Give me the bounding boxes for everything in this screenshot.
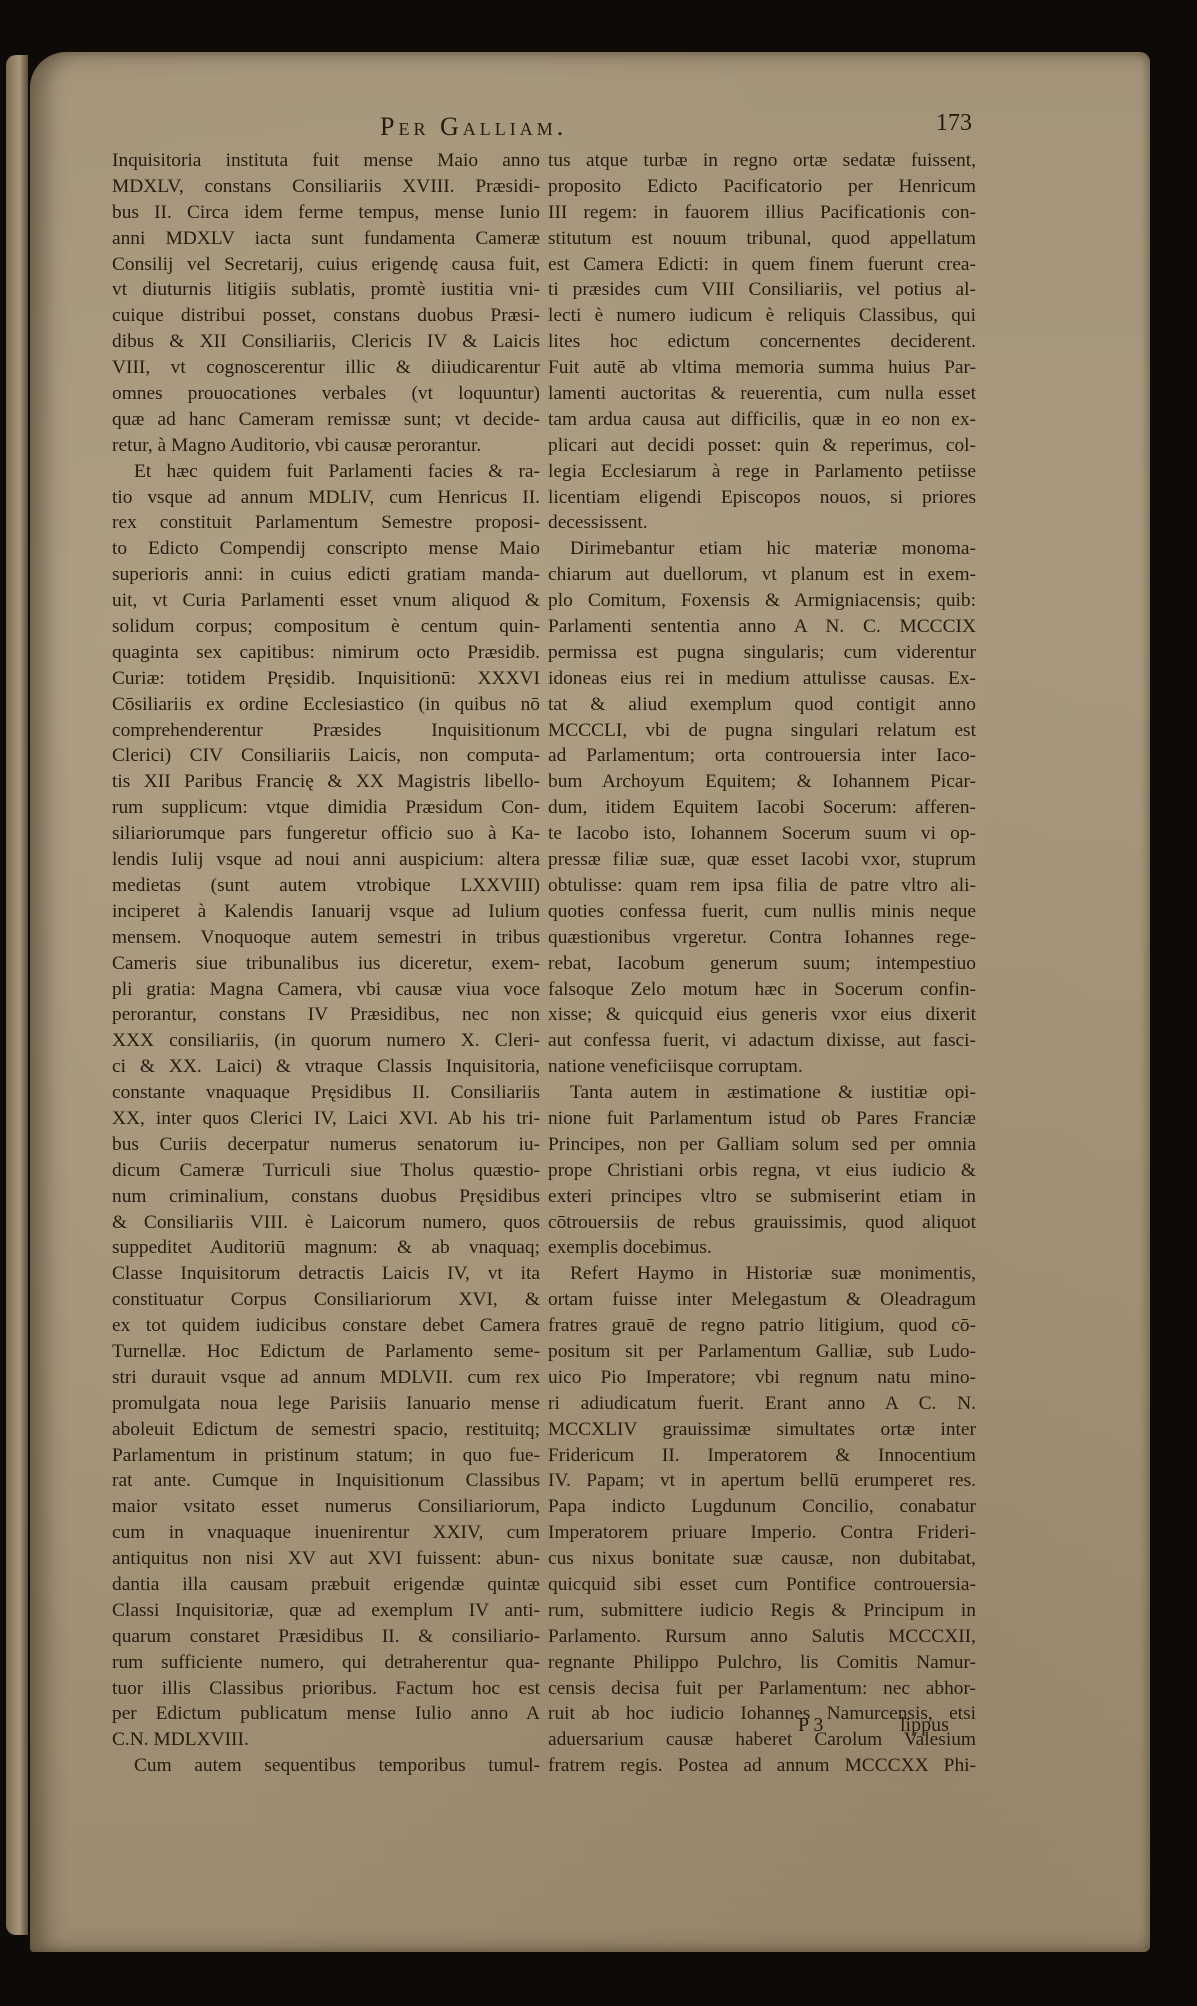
text-line: rum sufficiente numero, qui detraherentu… [112, 1650, 540, 1676]
text-line: lecti è numero iudicum è reliquis Classi… [548, 303, 976, 329]
text-line: Et hæc quidem fuit Parlamenti facies & r… [112, 459, 540, 485]
text-line: mensem. Vnoquoque autem semestri in trib… [112, 925, 540, 951]
text-line: quarum constaret Præsidibus II. & consil… [112, 1624, 540, 1650]
text-line: antiquitus non nisi XV aut XVI fuissent:… [112, 1546, 540, 1572]
text-line: exemplis docebimus. [548, 1235, 976, 1261]
text-line: MDXLV, constans Consiliariis XVIII. Præs… [112, 174, 540, 200]
text-line: vt diuturnis litigiis sublatis, promtè i… [112, 277, 540, 303]
text-line: perorantur, constans IV Præsidibus, nec … [112, 1002, 540, 1028]
text-line: MCCXLIV grauissimæ simultates ortæ inter [548, 1417, 976, 1443]
text-line: tio vsque ad annum MDLIV, cum Henricus I… [112, 485, 540, 511]
text-line: cus nixus bonitate suæ causæ, non dubita… [548, 1546, 976, 1572]
text-line: Parlamenti sententia anno A N. C. MCCCIX [548, 614, 976, 640]
text-line: Turnellæ. Hoc Edictum de Parlamento seme… [112, 1339, 540, 1365]
text-line: natione veneficiisque corruptam. [548, 1054, 976, 1080]
text-line: tam ardua causa aut difficilis, quæ in e… [548, 407, 976, 433]
text-line: Dirimebantur etiam hic materiæ monoma- [548, 536, 976, 562]
text-line: Cōsiliariis ex ordine Ecclesiastico (in … [112, 692, 540, 718]
text-line: lendis Iulij vsque ad noui anni auspiciu… [112, 847, 540, 873]
text-line: Parlamento. Rursum anno Salutis MCCCXII, [548, 1624, 976, 1650]
text-line: quæstionibus vrgeretur. Contra Iohannes … [548, 925, 976, 951]
text-line: XXX consiliariis, (in quorum numero X. C… [112, 1028, 540, 1054]
text-line: anni MDXLV iacta sunt fundamenta Cameræ [112, 226, 540, 252]
text-line: licentiam eligendi Episcopos nouos, si p… [548, 485, 976, 511]
text-line: positum sit per Parlamentum Galliæ, sub … [548, 1339, 976, 1365]
text-line: Imperatorem priuare Imperio. Contra Frid… [548, 1520, 976, 1546]
text-line: falsoque Zelo motum hæc in Socerum confi… [548, 977, 976, 1003]
text-line: stitutum est nouum tribunal, quod appell… [548, 226, 976, 252]
text-line: rat ante. Cumque in Inquisitionum Classi… [112, 1468, 540, 1494]
text-line: Classe Inquisitorum detractis Laicis IV,… [112, 1261, 540, 1287]
text-line: dantia illa causam præbuit erigendæ quin… [112, 1572, 540, 1598]
text-line: quæ ad hanc Cameram remissæ sunt; vt dec… [112, 407, 540, 433]
text-line: uit, vt Curia Parlamenti esset vnum aliq… [112, 588, 540, 614]
text-line: plo Comitum, Foxensis & Armigniacensis; … [548, 588, 976, 614]
text-line: bus Curiis decerpatur numerus senatorum … [112, 1132, 540, 1158]
text-line: ex tot quidem iudicibus constare debet C… [112, 1313, 540, 1339]
text-line: xisse; & quicquid eius generis vxor eius… [548, 1002, 976, 1028]
text-line: ad Parlamentum; orta controuersia inter … [548, 743, 976, 769]
text-line: uico Pio Imperatore; vbi regnum natu min… [548, 1365, 976, 1391]
text-line: exteri principes vltro se submiserint et… [548, 1184, 976, 1210]
text-line: siliariorumque pars fungeretur officio s… [112, 821, 540, 847]
text-line: cuique distribui posset, constans duobus… [112, 303, 540, 329]
text-line: Fridericum II. Imperatorem & Innocentium [548, 1443, 976, 1469]
text-line: quicquid sibi esset cum Pontifice contro… [548, 1572, 976, 1598]
text-line: plicari aut decidi posset: quin & reperi… [548, 433, 976, 459]
text-line: tis XII Paribus Francię & XX Magistris l… [112, 769, 540, 795]
text-line: pli gratia: Magna Camera, vbi causæ viua… [112, 977, 540, 1003]
text-line: superioris anni: in cuius edicti gratiam… [112, 562, 540, 588]
text-line: lamenti auctoritas & reuerentia, cum nul… [548, 381, 976, 407]
text-line: idoneas eius rei in medium attulisse cau… [548, 666, 976, 692]
text-line: fratrem regis. Postea ad annum MCCCXX Ph… [548, 1753, 976, 1779]
text-line: Principes, non per Galliam solum sed per… [548, 1132, 976, 1158]
text-line: prope Christiani orbis regna, vt eius iu… [548, 1158, 976, 1184]
text-line: quoties confessa fuerit, cum nullis mini… [548, 899, 976, 925]
text-line: comprehenderentur Præsides Inquisitionum [112, 718, 540, 744]
text-line: regnante Philippo Pulchro, lis Comitis N… [548, 1650, 976, 1676]
text-line: solidum corpus; compositum è centum quin… [112, 614, 540, 640]
text-line: dibus & XII Consiliariis, Clericis IV & … [112, 329, 540, 355]
text-line: VIII, vt cognoscerentur illic & diiudica… [112, 355, 540, 381]
text-line: te Iacobo isto, Iohannem Socerum suum vi… [548, 821, 976, 847]
page-number: 173 [936, 110, 972, 137]
text-line: tat & aliud exemplum quod contigit anno [548, 692, 976, 718]
text-line: tuor illis Classibus prioribus. Factum h… [112, 1676, 540, 1702]
text-line: suppeditet Auditoriū magnum: & ab vnaqua… [112, 1235, 540, 1261]
left-column: Inquisitoria instituta fuit mense Maio a… [112, 148, 540, 1779]
text-line: rebat, Iacobum generum suum; intempestiu… [548, 951, 976, 977]
text-line: cōtrouersiis de rebus grauissimis, quod … [548, 1210, 976, 1236]
text-line: est Camera Edicti: in quem finem fuerunt… [548, 252, 976, 278]
text-line: C.N. MDLXVIII. [112, 1727, 540, 1753]
text-line: MCCCLI, vbi de pugna singulari relatum e… [548, 718, 976, 744]
text-line: proposito Edicto Pacificatorio per Henri… [548, 174, 976, 200]
text-line: decessissent. [548, 510, 976, 536]
text-line: aut confessa fuerit, vi adactum dixisse,… [548, 1028, 976, 1054]
text-line: inciperet à Kalendis Ianuarij vsque ad I… [112, 899, 540, 925]
text-line: Consilij vel Secretarij, cuius erigendę … [112, 252, 540, 278]
right-column: tus atque turbæ in regno ortæ sedatæ fui… [548, 148, 976, 1779]
text-line: IV. Papam; vt in apertum bellū erumperet… [548, 1468, 976, 1494]
text-line: maior vsitato esset numerus Consiliarior… [112, 1494, 540, 1520]
text-line: retur, à Magno Auditorio, vbi causæ pero… [112, 433, 540, 459]
text-line: legia Ecclesiarum à rege in Parlamento p… [548, 459, 976, 485]
text-line: medietas (sunt autem vtrobique LXXVIII) [112, 873, 540, 899]
text-line: dicum Cameræ Turriculi siue Tholus quæst… [112, 1158, 540, 1184]
text-line: promulgata noua lege Parisiis Ianuario m… [112, 1391, 540, 1417]
text-line: ti præsides cum VIII Consiliariis, vel p… [548, 277, 976, 303]
text-line: Cameris siue tribunalibus ius diceretur,… [112, 951, 540, 977]
text-line: XX, inter quos Clerici IV, Laici XVI. Ab… [112, 1106, 540, 1132]
text-line: permissa est pugna singularis; cum vider… [548, 640, 976, 666]
text-line: constante vnaquaque Pręsidibus II. Consi… [112, 1080, 540, 1106]
signature-mark: P 3 [798, 1714, 823, 1737]
text-line: Curiæ: totidem Pręsidib. Inquisitionū: X… [112, 666, 540, 692]
text-line: cum in vnaquaque inuenirentur XXIV, cum [112, 1520, 540, 1546]
text-line: nione fuit Parlamentum istud ob Pares Fr… [548, 1106, 976, 1132]
text-line: pressæ filiæ suæ, quæ esset Iacobi vxor,… [548, 847, 976, 873]
previous-page-edge [6, 55, 28, 1935]
text-line: Refert Haymo in Historiæ suæ monimentis, [548, 1261, 976, 1287]
text-line: rum, submittere iudicio Regis & Principu… [548, 1598, 976, 1624]
text-line: ri adiudicatum fuerit. Erant anno A C. N… [548, 1391, 976, 1417]
text-line: Clerici) CIV Consiliariis Laicis, non co… [112, 743, 540, 769]
text-line: chiarum aut duellorum, vt planum est in … [548, 562, 976, 588]
text-line: Classi Inquisitoriæ, quæ ad exemplum IV … [112, 1598, 540, 1624]
text-line: & Consiliariis VIII. è Laicorum numero, … [112, 1210, 540, 1236]
text-line: Fuit autē ab vltima memoria summa huius … [548, 355, 976, 381]
catchword: lippus [900, 1714, 949, 1737]
text-line: fratres grauē de regno patrio litigium, … [548, 1313, 976, 1339]
text-line: stri durauit vsque ad annum MDLVII. cum … [112, 1365, 540, 1391]
text-line: obtulisse: quam rem ipsa filia de patre … [548, 873, 976, 899]
text-line: per Edictum publicatum mense Iulio anno … [112, 1701, 540, 1727]
text-line: omnes prouocationes verbales (vt loquunt… [112, 381, 540, 407]
text-line: Parlamentum in pristinum statum; in quo … [112, 1443, 540, 1469]
text-line: censis decisa fuit per Parlamentum: nec … [548, 1676, 976, 1702]
text-line: bum Archoyum Equitem; & Iohannem Picar- [548, 769, 976, 795]
text-line: rex constituit Parlamentum Semestre prop… [112, 510, 540, 536]
text-line: bus II. Circa idem ferme tempus, mense I… [112, 200, 540, 226]
text-line: tus atque turbæ in regno ortæ sedatæ fui… [548, 148, 976, 174]
text-line: Cum autem sequentibus temporibus tumul- [112, 1753, 540, 1779]
text-line: constituatur Corpus Consiliariorum XVI, … [112, 1287, 540, 1313]
text-line: Inquisitoria instituta fuit mense Maio a… [112, 148, 540, 174]
text-line: Papa indicto Lugdunum Concilio, conabatu… [548, 1494, 976, 1520]
text-line: aboleuit Edictum de semestri spacio, res… [112, 1417, 540, 1443]
text-line: ortam fuisse inter Melegastum & Oleadrag… [548, 1287, 976, 1313]
text-line: rum supplicum: vtque dimidia Præsidum Co… [112, 795, 540, 821]
text-line: Tanta autem in æstimatione & iustitiæ op… [548, 1080, 976, 1106]
text-line: lites hoc edictum concernentes decideren… [548, 329, 976, 355]
text-line: num criminalium, constans duobus Pręsidi… [112, 1184, 540, 1210]
text-line: to Edicto Compendij conscripto mense Mai… [112, 536, 540, 562]
text-line: quaginta sex capitibus: nimirum octo Præ… [112, 640, 540, 666]
text-line: ci & XX. Laici) & vtraque Classis Inquis… [112, 1054, 540, 1080]
text-line: dum, itidem Equitem Iacobi Socerum: affe… [548, 795, 976, 821]
running-head: Per Galliam. [380, 112, 567, 142]
text-line: III regem: in fauorem illius Pacificatio… [548, 200, 976, 226]
